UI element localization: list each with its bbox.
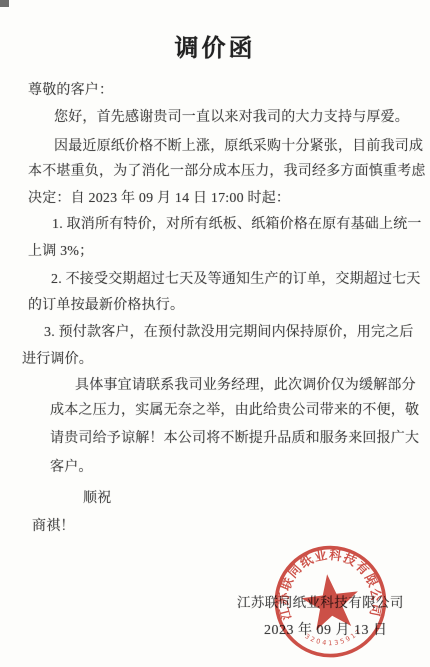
letter-line: 进行调价。: [22, 348, 93, 368]
letter-line: 您好，首先感谢贵司一直以来对我司的大力支持与厚爱。: [54, 106, 409, 126]
letter-line: 商祺！: [32, 515, 75, 535]
company-seal-stamp: 江苏联同纸业科技有限公司 3204135917: [264, 535, 398, 667]
letter-line: 决定：自 2023 年 09 月 14 日 17:00 时起：: [28, 187, 290, 207]
letter-line: 成本之压力，实属无奈之举，由此给贵公司带来的不便，敬: [50, 399, 419, 419]
seal-star-icon: [299, 571, 362, 632]
letter-line: 3. 预付款客户，在预付款没用完期间内保持原价，用完之后: [44, 321, 414, 341]
price-adjustment-letter: 调价函 尊敬的客户： 您好，首先感谢贵司一直以来对我司的大力支持与厚爱。 因最近…: [0, 0, 430, 667]
seal-serial-number: 3204135917: [303, 625, 366, 650]
letter-line: 的订单按最新价格执行。: [28, 294, 184, 314]
scan-artifact: [0, 0, 9, 7]
letter-line: 因最近原纸价格不断上涨，原纸采购十分紧张，目前我司成: [54, 135, 423, 155]
letter-line: 请贵司给予谅解！本公司将不断提升品质和服务来回报广大: [50, 427, 419, 447]
letter-line: 客户。: [50, 456, 93, 476]
letter-line: 本不堪重负，为了消化一部分成本压力，我司经多方面慎重考虑: [28, 160, 426, 180]
letter-line: 顺祝: [83, 487, 111, 507]
letter-line: 1. 取消所有特价，对所有纸板、纸箱价格在原有基础上统一: [52, 213, 422, 233]
letter-title: 调价函: [0, 28, 430, 63]
letter-line: 2. 不接受交期超过七天及等通知生产的订单，交期超过七天: [51, 268, 421, 288]
letter-line: 尊敬的客户：: [28, 79, 113, 99]
letter-line: 上调 3%；: [28, 240, 93, 260]
letter-line: 具体事宜请联系我司业务经理，此次调价仅为缓解部分: [75, 374, 416, 394]
